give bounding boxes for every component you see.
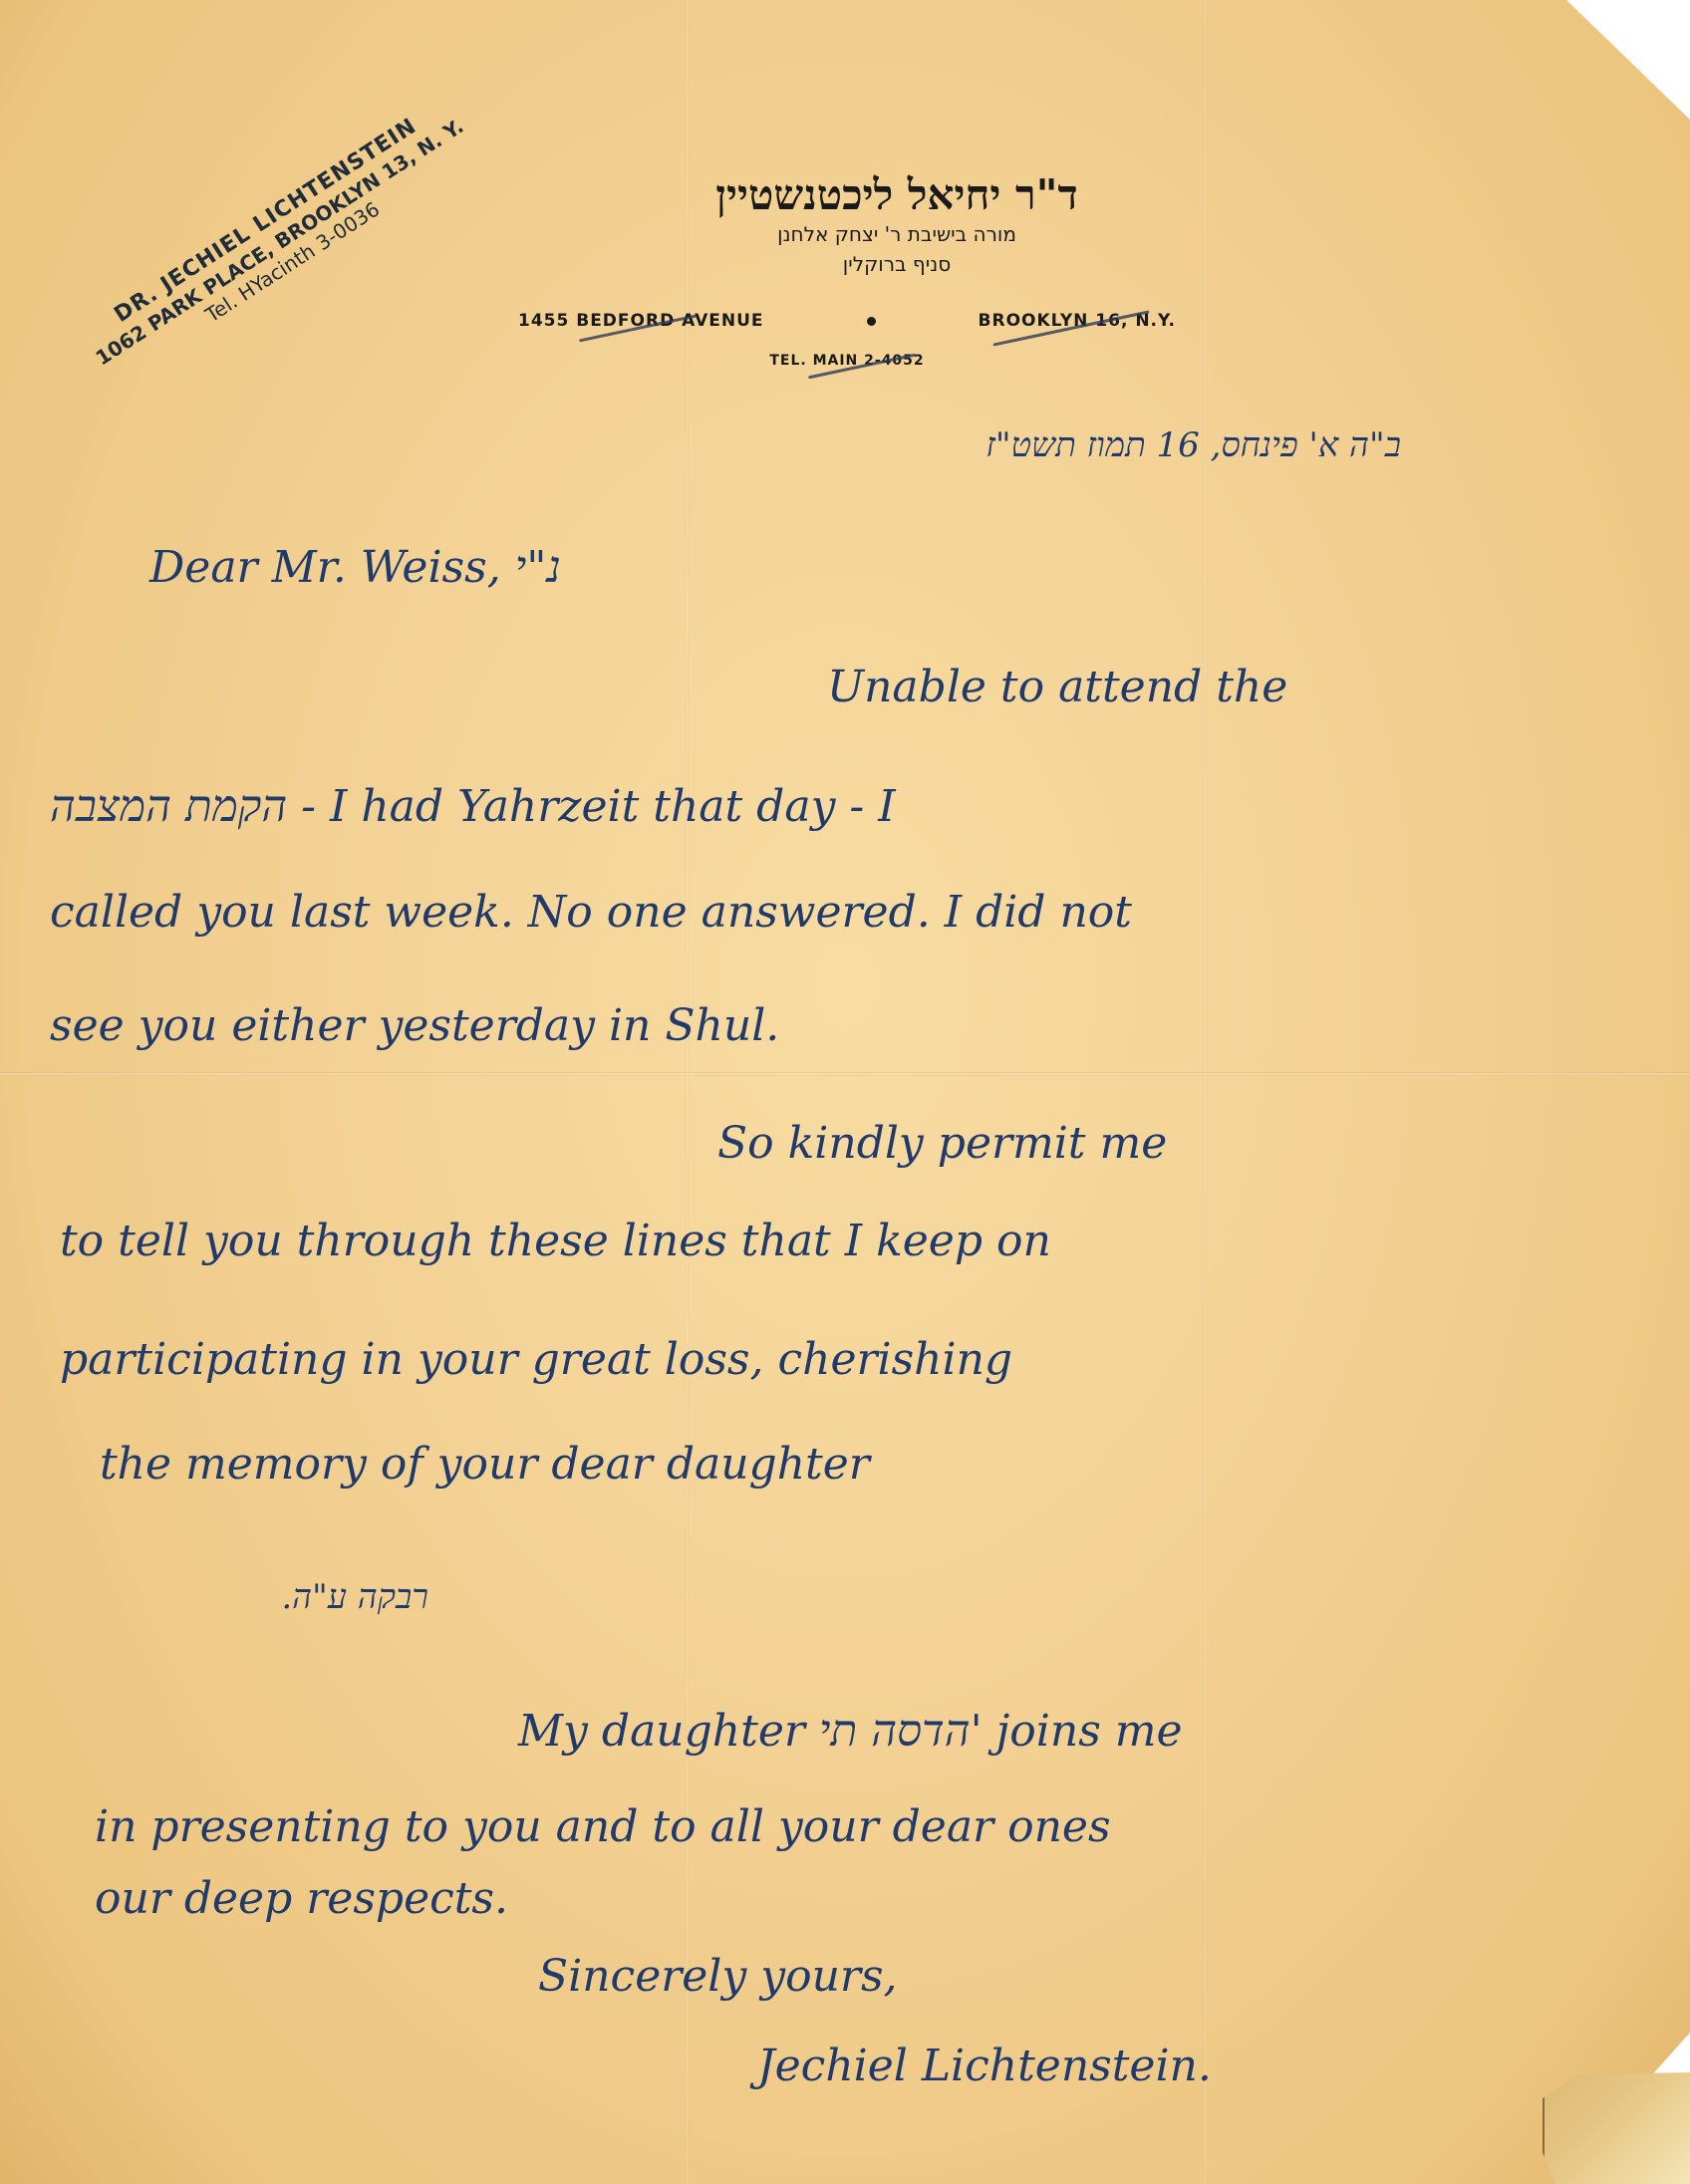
body-line-12: our deep respects.	[95, 1877, 508, 1921]
date-line: ב"ה א' פינחס, 16 תמוז תשט"ז	[986, 428, 1401, 462]
letterhead-telephone: Tel. MAin 2-4052	[737, 353, 957, 369]
bullet-separator-icon	[867, 317, 876, 326]
body-line-9: רבקה ע"ה.	[149, 1580, 428, 1614]
letterhead-subtitle-1: מורה בישיבת ר' יצחק אלחנן	[498, 219, 1295, 249]
body-line-4: see you either yesterday in Shul.	[50, 1004, 779, 1048]
return-address-stamp: DR. JECHIEL LICHTENSTEIN 1062 PARK PLACE…	[75, 91, 483, 392]
body-line-6: to tell you through these lines that I k…	[60, 1220, 1051, 1263]
closing: Sincerely yours,	[538, 1955, 898, 1999]
horizontal-fold	[0, 1072, 1690, 1076]
vertical-fold-right	[1204, 0, 1207, 2184]
body-line-11: in presenting to you and to all your dea…	[95, 1805, 1111, 1849]
body-line-5: So kindly permit me	[717, 1122, 1167, 1166]
body-line-8: the memory of your dear daughter	[100, 1443, 870, 1487]
salutation: Dear Mr. Weiss, נ"י	[149, 546, 561, 590]
body-line-3: called you last week. No one answered. I…	[50, 891, 1132, 935]
letter-paper: DR. JECHIEL LICHTENSTEIN 1062 PARK PLACE…	[0, 0, 1690, 2184]
signature: Jechiel Lichtenstein.	[757, 2045, 1212, 2088]
body-line-2: הקמת המצבה - I had Yahrzeit that day - I	[50, 785, 896, 829]
stamp-telephone: Tel. HYacinth 3-0036	[103, 133, 483, 392]
letterhead-title: ד"ר יחיאל ליכטנשטיין	[498, 171, 1295, 219]
body-line-7: participating in your great loss, cheris…	[60, 1338, 1012, 1382]
stamp-name: DR. JECHIEL LICHTENSTEIN	[75, 91, 456, 352]
stamp-address: 1062 PARK PLACE, BROOKLYN 13, N. Y.	[90, 113, 470, 372]
letterhead-subtitle-2: סניף ברוקלין	[498, 249, 1295, 279]
letterhead: ד"ר יחיאל ליכטנשטיין מורה בישיבת ר' יצחק…	[498, 171, 1295, 279]
body-line-1: Unable to attend the	[827, 666, 1287, 709]
body-line-10: My daughter הדסה תי' joins me	[518, 1710, 1183, 1754]
